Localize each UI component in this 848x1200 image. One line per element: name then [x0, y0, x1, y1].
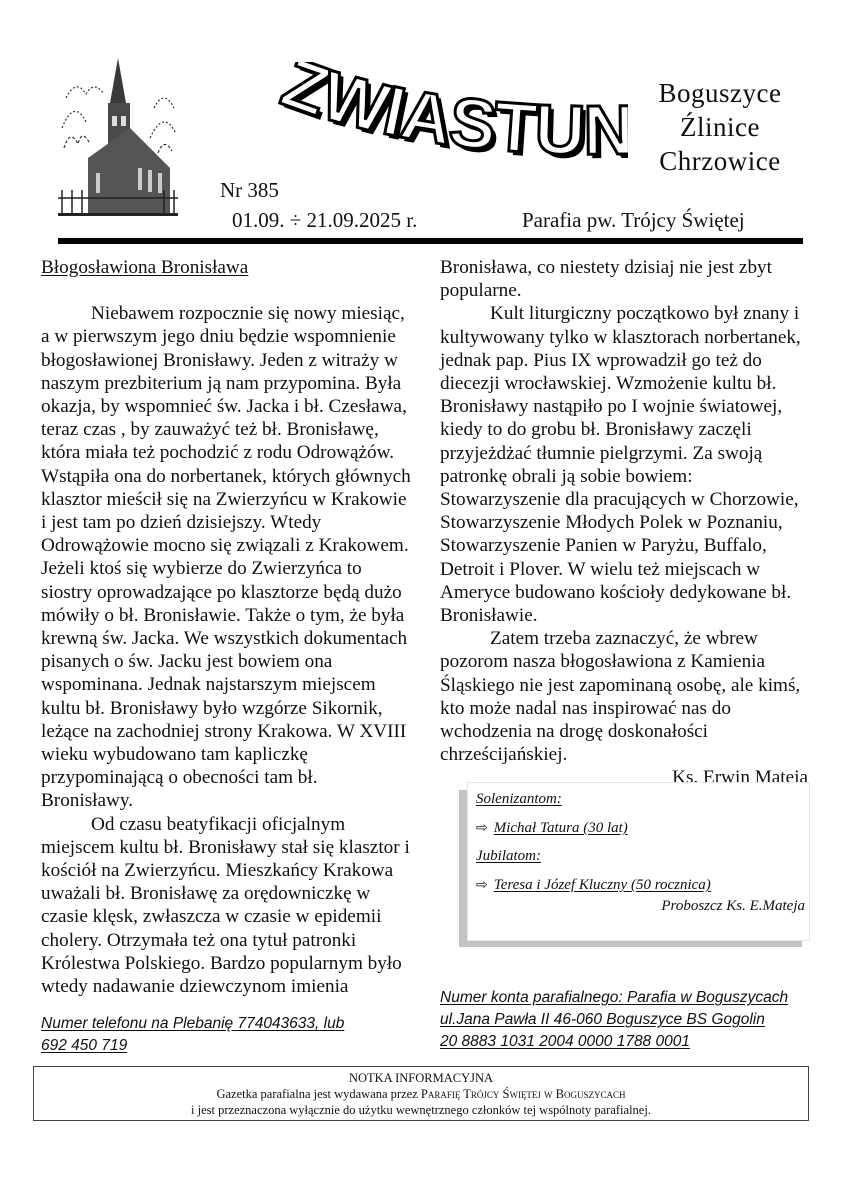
name-day-person: Michał Tatura (30 lat): [494, 820, 628, 836]
article-paragraph: Kult liturgiczny początkowo był znany i …: [440, 302, 810, 627]
parish-name: Parafia pw. Trójcy Świętej: [522, 208, 745, 233]
account-line: ul.Jana Pawła II 46-060 Boguszyce BS Gog…: [440, 1009, 788, 1031]
article-paragraph: Zatem trzeba zaznaczyć, że wbrew pozorom…: [440, 627, 810, 766]
article-paragraph: Bronisława, co niestety dzisiaj nie jest…: [440, 256, 810, 302]
notice-parish-name: Parafię Trójcy Świętej w Boguszycach: [421, 1087, 626, 1101]
towns-list: Boguszyce Źlinice Chrzowice: [640, 76, 800, 178]
info-notice-box: NOTKA INFORMACYJNA Gazetka parafialna je…: [33, 1066, 809, 1121]
town-name: Źlinice: [640, 110, 800, 144]
issue-number: Nr 385: [220, 178, 279, 203]
phone-line: Numer telefonu na Plebanię 774043633, lu…: [41, 1013, 344, 1035]
name-day-label: Solenizantom:: [476, 791, 562, 808]
arrow-right-icon: ⇨: [476, 877, 488, 894]
account-number: 20 8883 1031 2004 0000 1788 0001: [440, 1031, 788, 1053]
header-divider: [58, 238, 803, 244]
jubilee-label: Jubilatom:: [476, 848, 541, 865]
notice-line: Gazetka parafialna jest wydawana przez P…: [34, 1086, 808, 1102]
phone-line: 692 450 719: [41, 1035, 344, 1057]
article-column-right: Bronisława, co niestety dzisiaj nie jest…: [440, 256, 810, 790]
svg-text:ZWIASTUN: ZWIASTUN: [273, 62, 628, 169]
notice-title: NOTKA INFORMACYJNA: [34, 1070, 808, 1086]
town-name: Chrzowice: [640, 144, 800, 178]
account-line: Numer konta parafialnego: Parafia w Bogu…: [440, 987, 788, 1009]
town-name: Boguszyce: [640, 76, 800, 110]
newsletter-title-logo: ZWIASTUN ZWIASTUN: [268, 62, 628, 192]
church-icon: [58, 58, 178, 218]
greetings-signature: Proboszcz Ks. E.Mateja: [661, 898, 805, 915]
notice-text: Gazetka parafialna jest wydawana przez: [216, 1087, 420, 1101]
jubilee-item: ⇨Teresa i Józef Kluczny (50 rocznica): [476, 877, 711, 894]
church-illustration: [58, 58, 178, 218]
bank-account-info: Numer konta parafialnego: Parafia w Bogu…: [440, 987, 788, 1053]
phone-info: Numer telefonu na Plebanię 774043633, lu…: [41, 1013, 344, 1057]
article-paragraph: Od czasu beatyfikacji oficjalnym miejsce…: [41, 813, 411, 999]
jubilee-persons: Teresa i Józef Kluczny (50 rocznica): [494, 877, 711, 893]
article-title: Błogosławiona Bronisława: [41, 256, 411, 279]
article-column-left: Błogosławiona Bronisława Niebawem rozpoc…: [41, 256, 411, 998]
arrow-right-icon: ⇨: [476, 820, 488, 837]
article-paragraph: Niebawem rozpocznie się nowy miesiąc, a …: [41, 302, 411, 812]
notice-line: i jest przeznaczona wyłącznie do użytku …: [34, 1102, 808, 1118]
name-day-item: ⇨Michał Tatura (30 lat): [476, 820, 628, 837]
date-range: 01.09. ÷ 21.09.2025 r.: [232, 208, 417, 233]
greetings-box: Solenizantom: ⇨Michał Tatura (30 lat) Ju…: [467, 782, 810, 941]
